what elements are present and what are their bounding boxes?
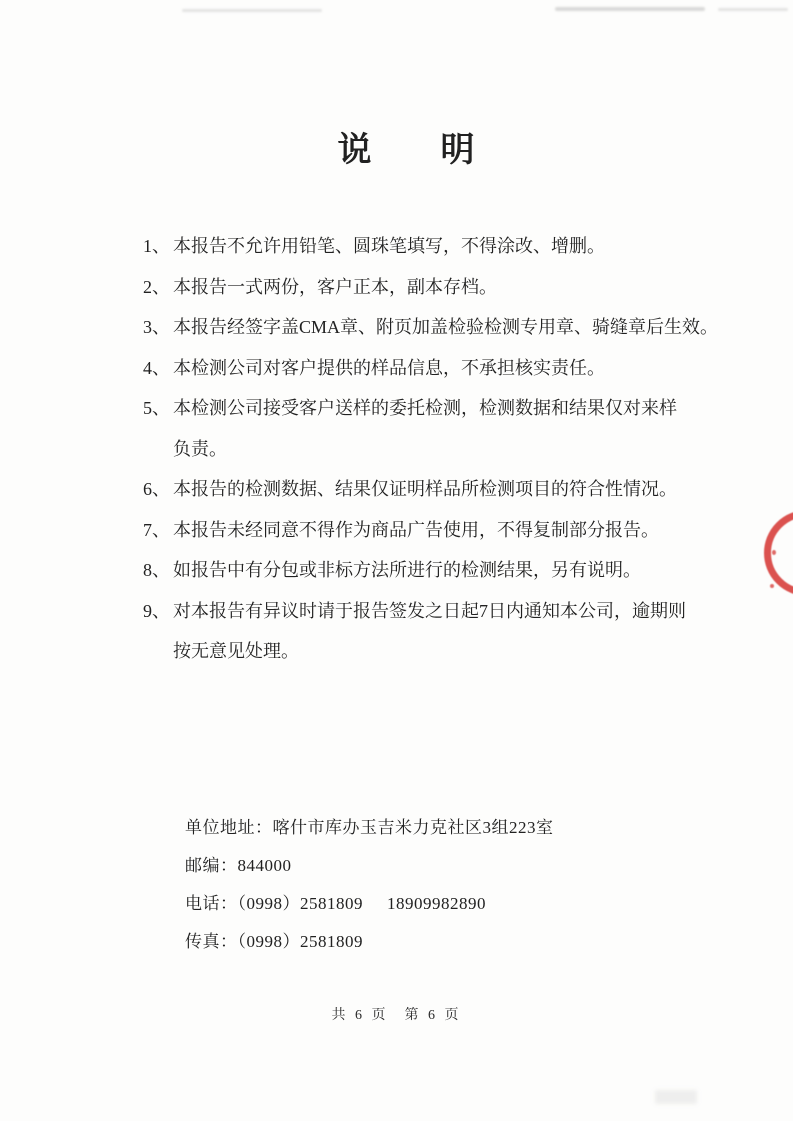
page-title-char-1: 说: [338, 134, 373, 168]
address-value: 喀什市库办玉吉米力克社区3组223室: [273, 818, 554, 837]
note-text: 本报告的检测数据、结果仅证明样品所检测项目的符合性情况。: [173, 479, 677, 499]
note-number: 9、: [143, 591, 173, 632]
note-item-7: 7、本报告未经同意不得作为商品广告使用，不得复制部分报告。: [143, 510, 768, 551]
note-text: 本报告不允许用铅笔、圆珠笔填写，不得涂改、增删。: [173, 236, 605, 256]
note-text: 本报告经签字盖CMA章、附页加盖检验检测专用章、骑缝章后生效。: [173, 317, 718, 337]
note-number: 2、: [143, 267, 173, 308]
note-number: 8、: [143, 550, 173, 591]
red-seal-ink-dot: [772, 550, 776, 555]
note-text: 本报告未经同意不得作为商品广告使用，不得复制部分报告。: [173, 520, 659, 540]
fax-label: 传真：: [185, 932, 238, 951]
note-item-1: 1、本报告不允许用铅笔、圆珠笔填写，不得涂改、增删。: [143, 226, 768, 267]
postcode-label: 邮编：: [185, 856, 238, 875]
note-text: 本检测公司接受客户送样的委托检测，检测数据和结果仅对来样: [173, 398, 677, 418]
note-item-8: 8、如报告中有分包或非标方法所进行的检测结果，另有说明。: [143, 550, 768, 591]
note-text: 如报告中有分包或非标方法所进行的检测结果，另有说明。: [173, 560, 641, 580]
red-seal-ink-dot: [770, 584, 774, 588]
note-text: 对本报告有异议时请于报告签发之日起7日内通知本公司，逾期则: [173, 601, 686, 621]
note-text: 本检测公司对客户提供的样品信息，不承担核实责任。: [173, 358, 605, 378]
address-label: 单位地址：: [185, 818, 273, 837]
postcode-value: 844000: [238, 856, 292, 875]
total-pages-label: 共 6 页: [332, 1004, 389, 1024]
red-seam-seal-icon: [764, 510, 793, 596]
note-number: 7、: [143, 510, 173, 551]
scan-artifact: [718, 8, 788, 11]
note-text-continuation: 按无意见处理。: [173, 631, 768, 672]
note-number: 5、: [143, 388, 173, 429]
note-number: 4、: [143, 348, 173, 389]
note-number: 1、: [143, 226, 173, 267]
fax-value: （0998）2581809: [238, 932, 364, 951]
scan-artifact: [655, 1090, 697, 1104]
phone-label: 电话：: [185, 894, 238, 913]
note-item-2: 2、本报告一式两份，客户正本，副本存档。: [143, 267, 768, 308]
contact-address-row: 单位地址：喀什市库办玉吉米力克社区3组223室: [185, 809, 554, 847]
scan-artifact: [555, 7, 705, 11]
page-title: 说 明: [0, 134, 793, 168]
scan-artifact: [182, 9, 322, 12]
note-item-5: 5、本检测公司接受客户送样的委托检测，检测数据和结果仅对来样 负责。: [143, 388, 768, 469]
contact-postcode-row: 邮编：844000: [185, 847, 554, 885]
contact-phone-row: 电话：（0998）258180918909982890: [185, 885, 554, 923]
note-text: 本报告一式两份，客户正本，副本存档。: [173, 277, 497, 297]
contact-block: 单位地址：喀什市库办玉吉米力克社区3组223室 邮编：844000 电话：（09…: [185, 809, 554, 961]
notes-list: 1、本报告不允许用铅笔、圆珠笔填写，不得涂改、增删。 2、本报告一式两份，客户正…: [143, 226, 768, 672]
page-footer: 共 6 页 第 6 页: [0, 1004, 793, 1024]
report-notes-page: 说 明 1、本报告不允许用铅笔、圆珠笔填写，不得涂改、增删。 2、本报告一式两份…: [0, 0, 793, 1121]
note-number: 6、: [143, 469, 173, 510]
note-item-4: 4、本检测公司对客户提供的样品信息，不承担核实责任。: [143, 348, 768, 389]
current-page-label: 第 6 页: [405, 1004, 462, 1024]
page-title-char-2: 明: [441, 134, 476, 168]
note-number: 3、: [143, 307, 173, 348]
note-item-6: 6、本报告的检测数据、结果仅证明样品所检测项目的符合性情况。: [143, 469, 768, 510]
contact-fax-row: 传真：（0998）2581809: [185, 923, 554, 961]
phone-value-secondary: 18909982890: [387, 894, 486, 913]
note-text-continuation: 负责。: [173, 429, 768, 470]
phone-value: （0998）2581809: [238, 894, 364, 913]
note-item-3: 3、本报告经签字盖CMA章、附页加盖检验检测专用章、骑缝章后生效。: [143, 307, 768, 348]
note-item-9: 9、对本报告有异议时请于报告签发之日起7日内通知本公司，逾期则 按无意见处理。: [143, 591, 768, 672]
